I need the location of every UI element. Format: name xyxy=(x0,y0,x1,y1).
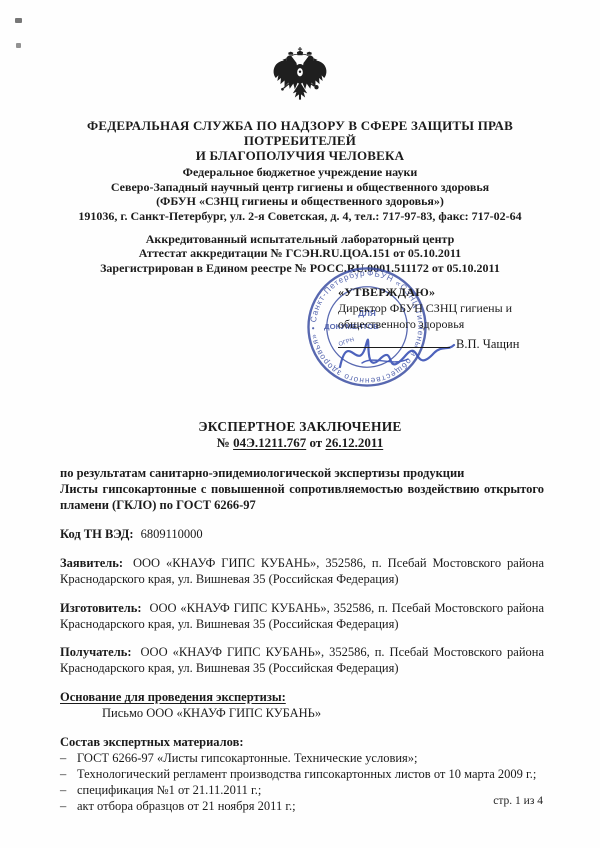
tnved-value: 6809110000 xyxy=(141,527,203,541)
manufacturer-label: Изготовитель: xyxy=(60,601,142,615)
material-text: Технологический регламент производства г… xyxy=(77,766,544,782)
dash-bullet: – xyxy=(60,766,77,782)
materials-label: Состав экспертных материалов: xyxy=(60,735,540,751)
signature-line xyxy=(338,335,450,348)
signer-name: В.П. Чащин xyxy=(456,336,519,352)
basis-field: Основание для проведения экспертизы: Пис… xyxy=(60,690,544,722)
document-number: 04Э.1211.767 xyxy=(233,435,306,450)
document-number-line: № 04Э.1211.767 от 26.12.2011 xyxy=(0,435,600,451)
recipient-value: ООО «КНАУФ ГИПС КУБАНЬ», 352586, п. Псеб… xyxy=(60,645,544,675)
materials-section: Состав экспертных материалов: – ГОСТ 626… xyxy=(60,735,544,815)
approval-position-line2: общественного здоровья xyxy=(338,316,519,332)
dash-bullet: – xyxy=(60,782,77,798)
accreditation-line: Аттестат аккредитации № ГСЭН.RU.ЦОА.151 … xyxy=(0,246,600,261)
org-type: Федеральное бюджетное учреждение науки xyxy=(0,165,600,180)
accreditation-line: Зарегистрирован в Едином реестре № РОСС.… xyxy=(0,261,600,276)
approval-title: «УТВЕРЖДАЮ» xyxy=(338,284,519,300)
basis-value: Письмо ООО «КНАУФ ГИПС КУБАНЬ» xyxy=(60,706,544,722)
approval-block: ФБУН «СЗНЦ гигиены и общественного здоро… xyxy=(0,275,600,411)
material-text: ГОСТ 6266-97 «Листы гипсокартонные. Техн… xyxy=(77,750,544,766)
recipient-field: Получатель: ООО «КНАУФ ГИПС КУБАНЬ», 352… xyxy=(60,645,544,677)
number-prefix: № xyxy=(217,435,230,450)
recipient-label: Получатель: xyxy=(60,645,132,659)
org-abbr: (ФБУН «СЗНЦ гигиены и общественного здор… xyxy=(0,194,600,209)
russia-coat-of-arms-icon xyxy=(269,46,331,114)
dash-bullet: – xyxy=(60,798,77,814)
subject-intro: по результатам санитарно-эпидемиологичес… xyxy=(60,466,544,482)
document-title: ЭКСПЕРТНОЕ ЗАКЛЮЧЕНИЕ xyxy=(0,419,600,435)
list-item: – Технологический регламент производства… xyxy=(60,766,544,782)
approval-position-line1: Директор ФБУН СЗНЦ гигиены и xyxy=(338,300,519,316)
manufacturer-field: Изготовитель: ООО «КНАУФ ГИПС КУБАНЬ», 3… xyxy=(60,601,544,633)
material-text: акт отбора образцов от 21 ноября 2011 г.… xyxy=(77,798,544,814)
material-text: спецификация №1 от 21.11.2011 г.; xyxy=(77,782,544,798)
list-item: – акт отбора образцов от 21 ноября 2011 … xyxy=(60,798,544,814)
org-name: Северо-Западный научный центр гигиены и … xyxy=(0,180,600,195)
applicant-value: ООО «КНАУФ ГИПС КУБАНЬ», 352586, п. Псеб… xyxy=(60,556,544,586)
basis-label: Основание для проведения экспертизы: xyxy=(60,690,540,706)
org-address: 191036, г. Санкт-Петербург, ул. 2-я Сове… xyxy=(0,209,600,224)
agency-name: ФЕДЕРАЛЬНАЯ СЛУЖБА ПО НАДЗОРУ В СФЕРЕ ЗА… xyxy=(0,118,600,163)
applicant-label: Заявитель: xyxy=(60,556,123,570)
document-page: ФЕДЕРАЛЬНАЯ СЛУЖБА ПО НАДЗОРУ В СФЕРЕ ЗА… xyxy=(0,0,600,848)
expertise-subject: по результатам санитарно-эпидемиологичес… xyxy=(60,466,544,513)
product-name: Листы гипсокартонные с повышенной сопрот… xyxy=(60,482,544,512)
scan-artifact xyxy=(16,43,21,48)
tnved-label: Код ТН ВЭД: xyxy=(60,527,134,541)
agency-line: ФЕДЕРАЛЬНАЯ СЛУЖБА ПО НАДЗОРУ В СФЕРЕ ЗА… xyxy=(0,118,600,133)
tnved-field: Код ТН ВЭД: 6809110000 xyxy=(60,527,544,543)
dash-bullet: – xyxy=(60,750,77,766)
document-date: 26.12.2011 xyxy=(325,435,383,450)
agency-line: ПОТРЕБИТЕЛЕЙ xyxy=(0,133,600,148)
approval-text: «УТВЕРЖДАЮ» Директор ФБУН СЗНЦ гигиены и… xyxy=(338,284,519,352)
applicant-field: Заявитель: ООО «КНАУФ ГИПС КУБАНЬ», 3525… xyxy=(60,556,544,588)
agency-line: И БЛАГОПОЛУЧИЯ ЧЕЛОВЕКА xyxy=(0,148,600,163)
accreditation-line: Аккредитованный испытательный лабораторн… xyxy=(0,232,600,247)
date-conjunction: от xyxy=(309,435,322,450)
page-indicator: стр. 1 из 4 xyxy=(493,795,543,807)
scan-artifact xyxy=(15,18,22,23)
list-item: – ГОСТ 6266-97 «Листы гипсокартонные. Те… xyxy=(60,750,544,766)
accreditation-block: Аккредитованный испытательный лабораторн… xyxy=(0,232,600,276)
list-item: – спецификация №1 от 21.11.2011 г.; xyxy=(60,782,544,798)
